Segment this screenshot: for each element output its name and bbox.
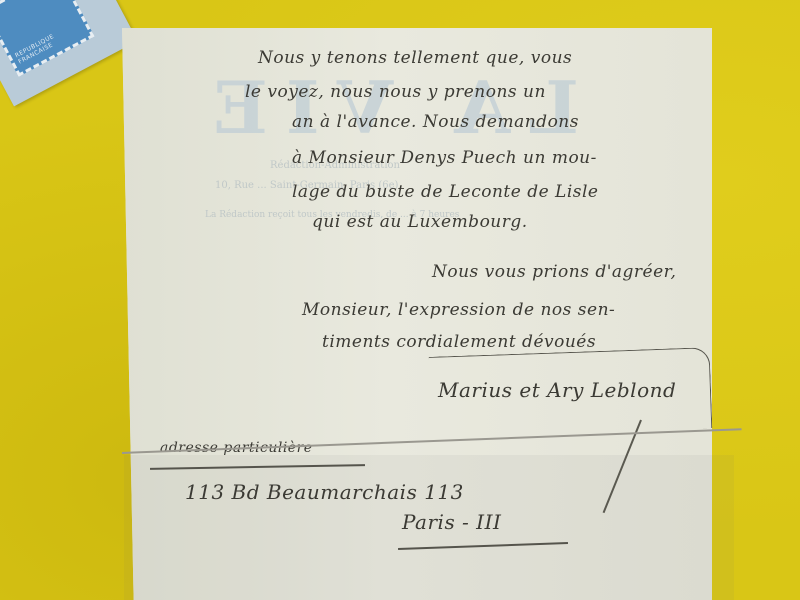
stamp-text: REPUBLIQUE FRANCAISE [14, 18, 88, 66]
letter-line: à Monsieur Denys Puech un mou- [292, 148, 597, 168]
letter-line: an à l'avance. Nous demandons [292, 112, 579, 132]
signature: Marius et Ary Leblond [438, 378, 676, 402]
letter-line: le voyez, nous nous y prenons un [245, 82, 546, 102]
letter-line: lage du buste de Leconte de Lisle [292, 182, 599, 202]
letter-line: qui est au Luxembourg. [312, 212, 528, 232]
envelope-fragment: REPUBLIQUE FRANCAISE [0, 0, 138, 106]
letter-line: timents cordialement dévoués [322, 332, 596, 352]
letterhead-title: LA VIE [195, 65, 579, 150]
letter-line: Nous y tenons tellement que, vous [258, 48, 572, 68]
postage-stamp: REPUBLIQUE FRANCAISE [0, 0, 95, 77]
letter-line: Monsieur, l'expression de nos sen- [302, 300, 615, 320]
letter-line: Nous vous prions d'agréer, [432, 262, 676, 282]
address-city: Paris - III [402, 510, 501, 534]
address-street: 113 Bd Beaumarchais 113 [185, 480, 464, 504]
